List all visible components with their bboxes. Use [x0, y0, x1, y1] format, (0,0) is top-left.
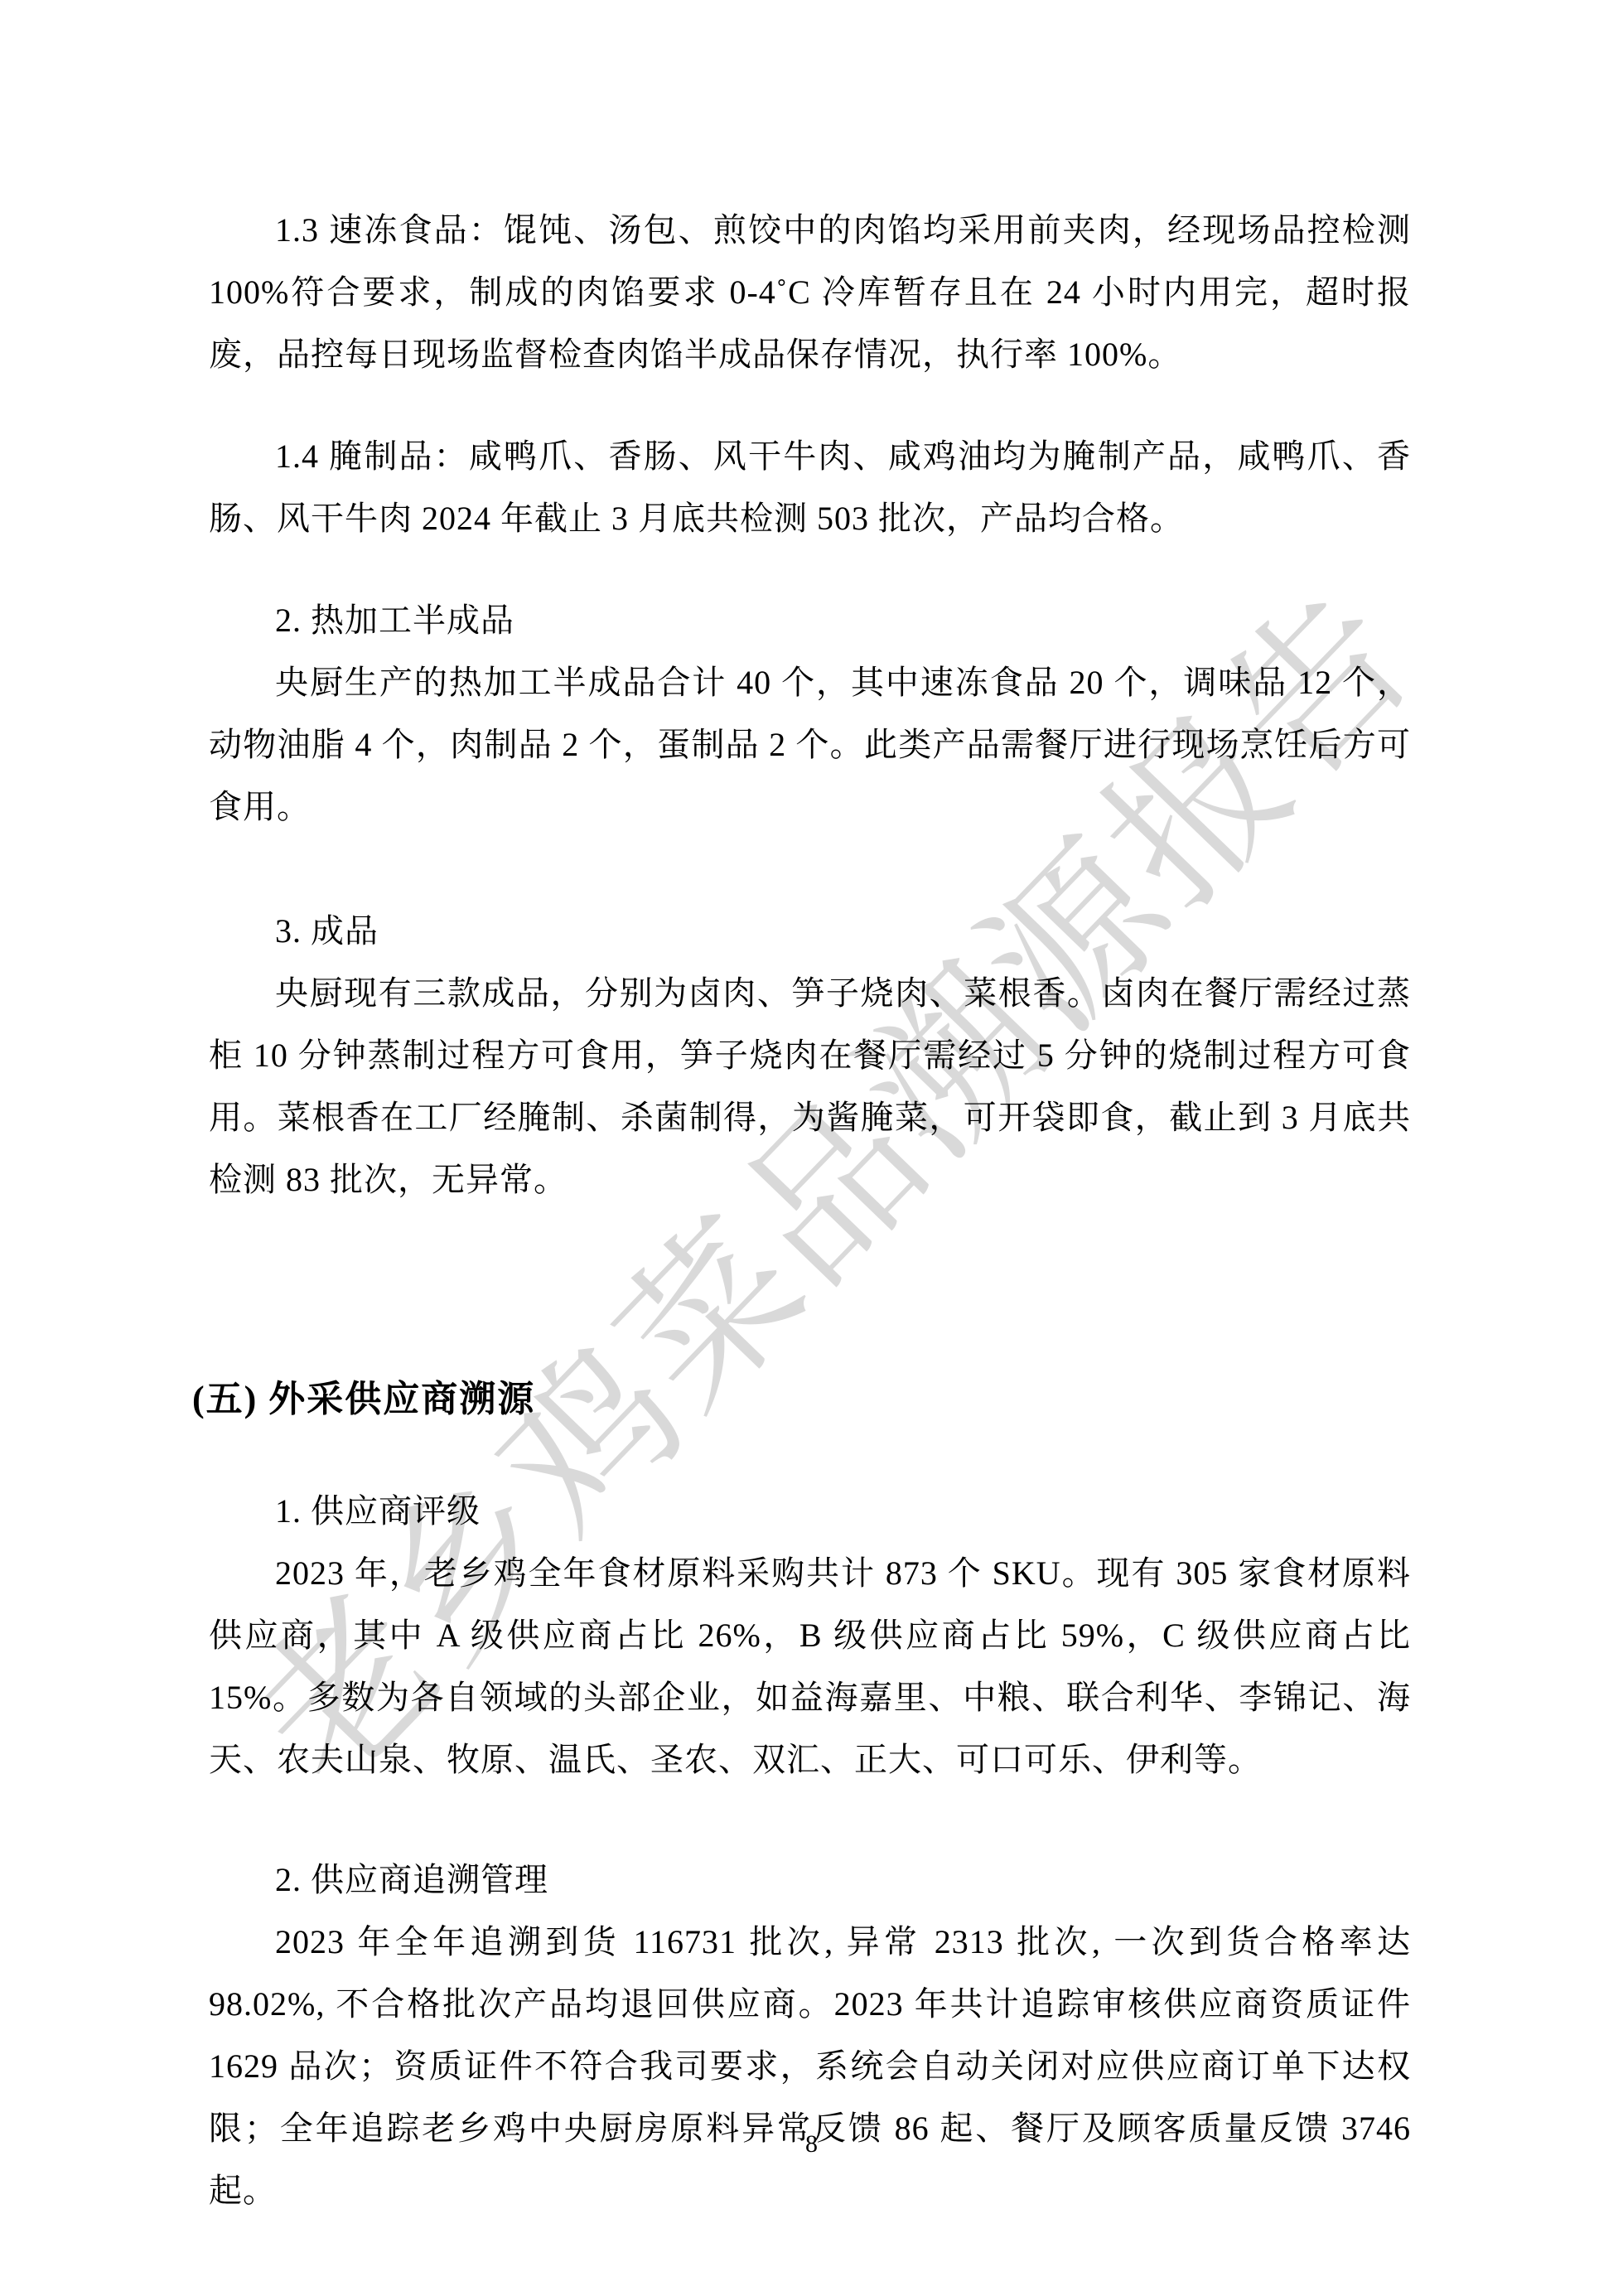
heading-finished-products: 3. 成品 — [209, 900, 1411, 962]
paragraph-1-3-frozen-food: 1.3 速冻食品：馄饨、汤包、煎饺中的肉馅均采用前夹肉，经现场品控检测 100%… — [209, 199, 1411, 385]
heading-hot-processed-semifinished: 2. 热加工半成品 — [209, 589, 1411, 651]
heading-supplier-trace-management: 2. 供应商追溯管理 — [209, 1849, 1411, 1911]
paragraph-supplier-trace-management: 2023 年全年追溯到货 116731 批次, 异常 2313 批次, 一次到货… — [209, 1911, 1411, 2221]
section-heading-external-supplier-traceability: (五) 外采供应商溯源 — [192, 1368, 1411, 1430]
document-page: 老乡鸡菜品溯源报告 1.3 速冻食品：馄饨、汤包、煎饺中的肉馅均采用前夹肉，经现… — [0, 0, 1623, 2296]
paragraph-hot-processed-semifinished: 央厨生产的热加工半成品合计 40 个，其中速冻食品 20 个，调味品 12 个，… — [209, 651, 1411, 838]
page-content: 1.3 速冻食品：馄饨、汤包、煎饺中的肉馅均采用前夹肉，经现场品控检测 100%… — [209, 199, 1411, 2221]
page-number: 8 — [0, 2129, 1623, 2159]
heading-supplier-rating: 1. 供应商评级 — [209, 1480, 1411, 1542]
paragraph-supplier-rating: 2023 年，老乡鸡全年食材原料采购共计 873 个 SKU。现有 305 家食… — [209, 1542, 1411, 1791]
paragraph-finished-products: 央厨现有三款成品，分别为卤肉、笋子烧肉、菜根香。卤肉在餐厅需经过蒸柜 10 分钟… — [209, 962, 1411, 1211]
paragraph-1-4-cured-products: 1.4 腌制品：咸鸭爪、香肠、风干牛肉、咸鸡油均为腌制产品，咸鸭爪、香肠、风干牛… — [209, 425, 1411, 549]
